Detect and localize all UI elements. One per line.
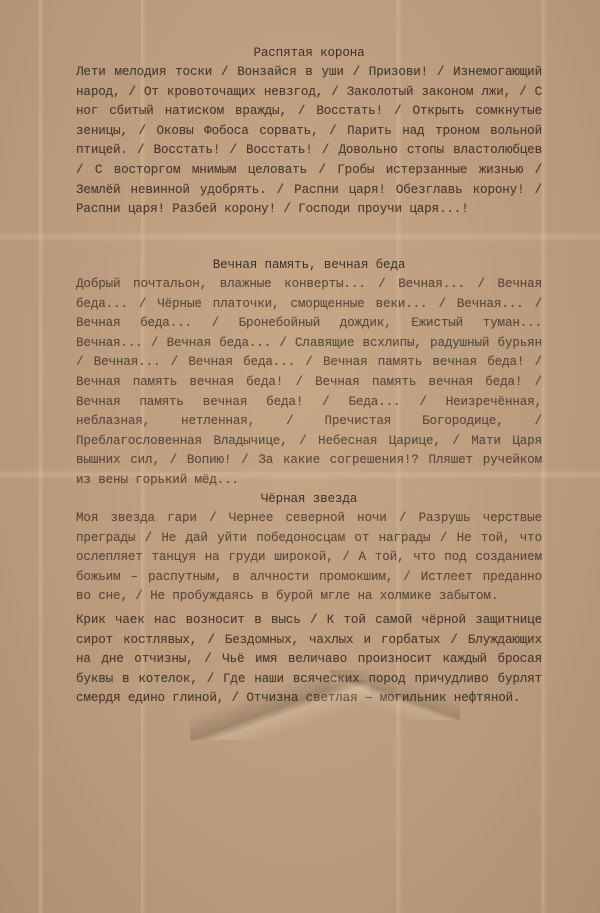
poem-vechnaya-pamyat: Вечная память, вечная беда Добрый почтал… [76, 256, 542, 491]
poem-title: Чёрная звезда [76, 490, 542, 509]
poem-stanza: Добрый почтальон, влажные конверты... / … [76, 275, 542, 491]
poem-stanza: Крик чаек нас возносит в высь / К той са… [76, 611, 542, 709]
typewritten-page: Распятая корона Лети мелодия тоски / Вон… [0, 0, 600, 913]
poem-title: Вечная память, вечная беда [76, 256, 542, 275]
poem-raspyataya-korona: Распятая корона Лети мелодия тоски / Вон… [76, 44, 542, 220]
poem-title: Распятая корона [76, 44, 542, 63]
poem-stanza: Моя звезда гари / Чернее северной ночи /… [76, 509, 542, 607]
poem-stanza: Лети мелодия тоски / Вонзайся в уши / Пр… [76, 63, 542, 220]
poem-chernaya-zvezda: Чёрная звезда Моя звезда гари / Чернее с… [76, 490, 542, 709]
